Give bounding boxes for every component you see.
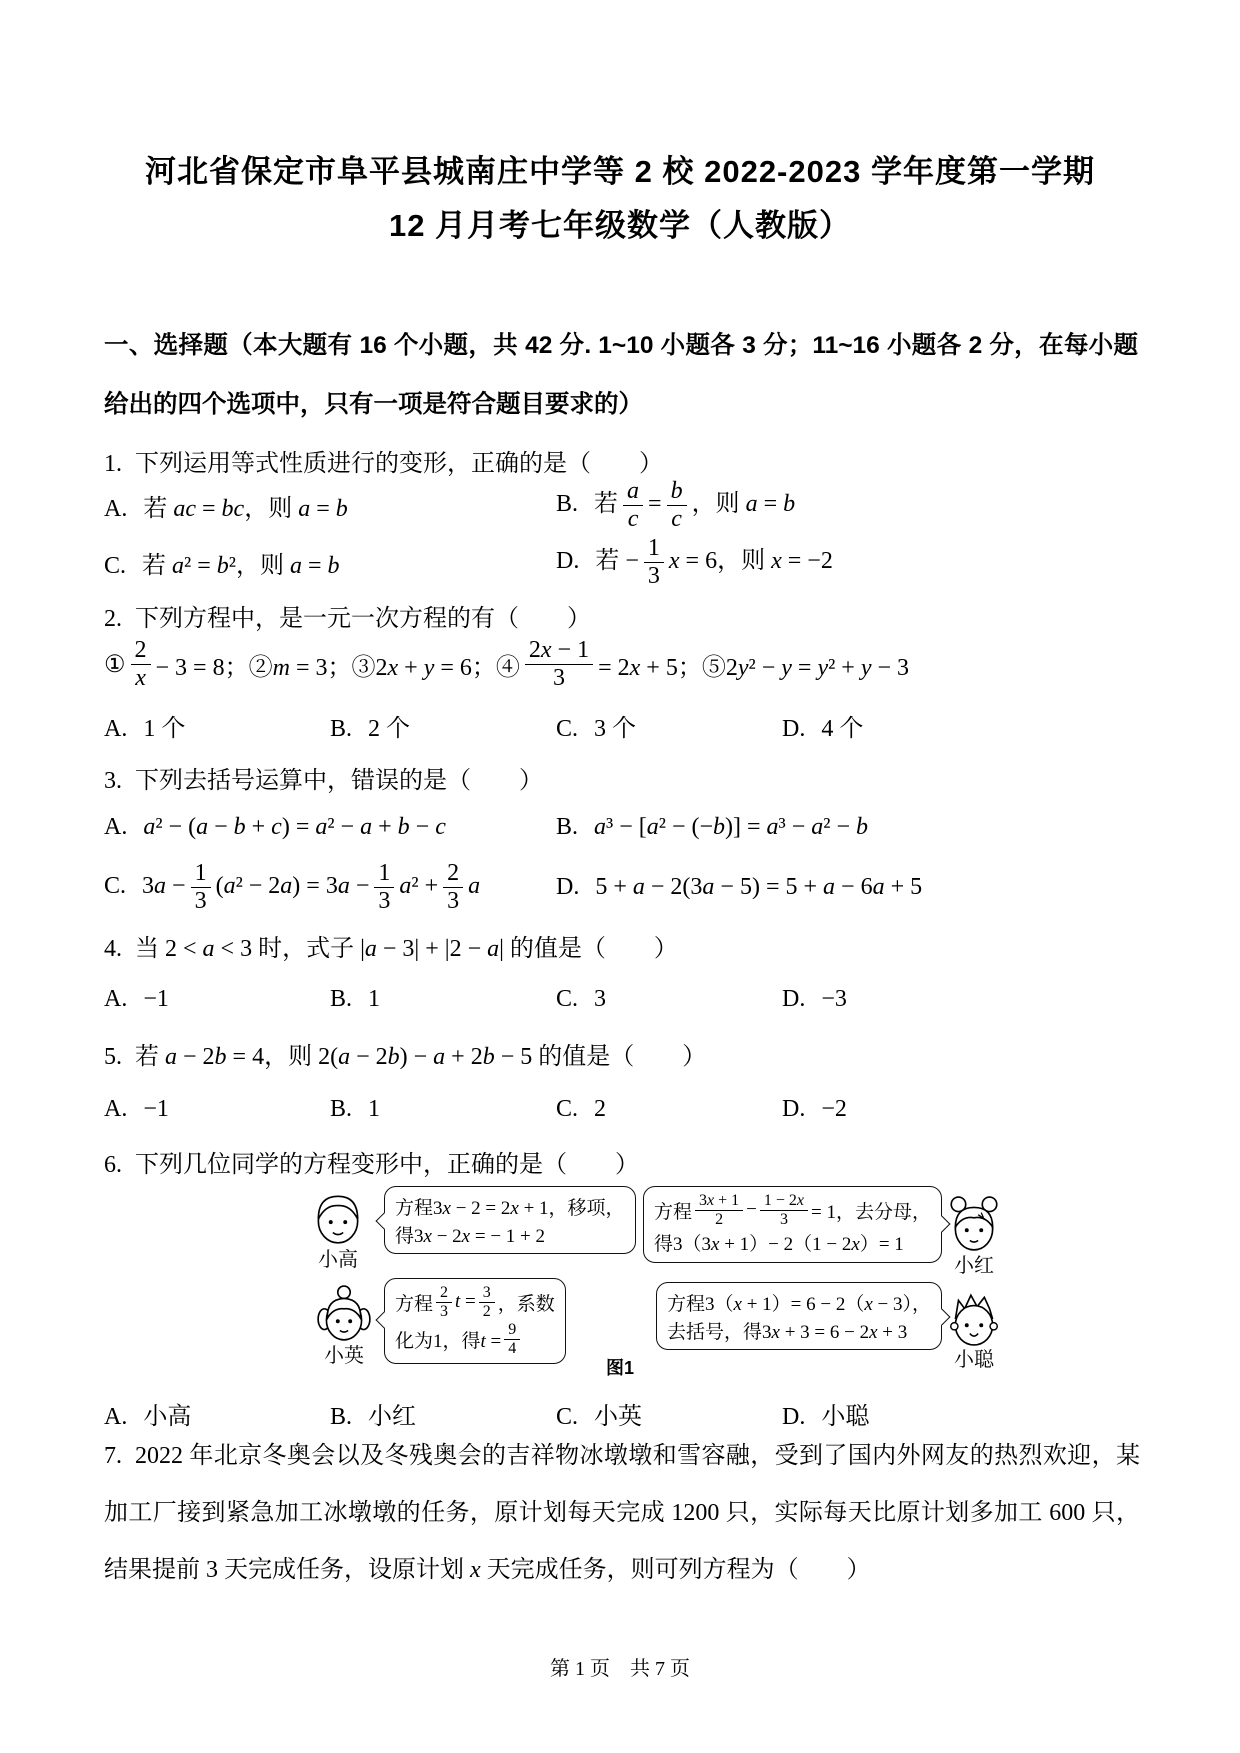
question-7-stem: 7.2022 年北京冬奥会以及冬残奥会的吉祥物冰墩墩和雪容融，受到了国内外网友的…	[104, 1428, 1140, 1599]
option-label: D.	[782, 1404, 805, 1430]
option-text: 若 a² = b²，则 a = b	[142, 553, 339, 579]
option-text: 若 ac = bc，则 a = b	[143, 496, 347, 522]
option-label: C.	[556, 986, 578, 1012]
option-text: 2	[594, 1096, 606, 1122]
option-text: 1	[368, 986, 380, 1012]
option-label: A.	[104, 1096, 127, 1122]
xiaocong-avatar-icon	[945, 1288, 1003, 1348]
bubble-line: 化为1，得t =94	[395, 1321, 555, 1358]
option-label: B.	[556, 491, 578, 517]
bubble-line: 得3x − 2x = − 1 + 2	[395, 1220, 625, 1248]
question-2-option-d: D.4 个	[782, 708, 1138, 743]
xiaoying-speech-bubble: 方程23t =32，系数 化为1，得t =94	[384, 1278, 566, 1364]
option-text: 2 个	[368, 716, 410, 742]
option-text: −3	[821, 986, 847, 1012]
option-label: D.	[556, 874, 579, 900]
option-label: C.	[556, 1096, 578, 1122]
option-text: 小聪	[821, 1404, 869, 1430]
bubble-line: 得3（3x + 1）− 2（1 − 2x）= 1	[654, 1229, 931, 1257]
option-text: −2	[821, 1096, 847, 1122]
character-xiaocong: 小聪	[942, 1288, 1006, 1371]
question-4-option-d: D.−3	[782, 986, 1138, 1013]
option-text: 若ac=bc，则 a = b	[594, 491, 795, 517]
bubble-line: 方程3（x + 1）= 6 − 2（x − 3），	[667, 1288, 931, 1316]
bubble-line: 方程3x + 12−1 − 2x3= 1，去分母，	[654, 1192, 931, 1229]
question-3-option-b: B.a³ − [a² − (−b)] = a³ − a² − b	[556, 814, 1138, 841]
question-5-stem: 5.若 a − 2b = 4，则 2(a − 2b) − a + 2b − 5 …	[104, 1036, 1138, 1071]
question-4-stem: 4.当 2 < a < 3 时，式子 |a − 3| + |2 − a| 的值是…	[104, 928, 1138, 963]
question-3-option-d: D.5 + a − 2(3a − 5) = 5 + a − 6a + 5	[556, 874, 1138, 901]
option-text: 1	[368, 1096, 380, 1122]
bubble-line: 方程3x − 2 = 2x + 1，移项，	[395, 1192, 625, 1220]
option-text: −1	[143, 1096, 169, 1122]
xiaohong-speech-bubble: 方程3x + 12−1 − 2x3= 1，去分母， 得3（3x + 1）− 2（…	[643, 1186, 942, 1263]
option-text: 小红	[368, 1404, 416, 1430]
option-text: 4 个	[821, 716, 863, 742]
character-name: 小高	[318, 1249, 358, 1271]
option-label: D.	[556, 548, 579, 574]
question-5-option-d: D.−2	[782, 1096, 1138, 1123]
question-5-option-b: B.1	[330, 1096, 556, 1123]
question-4-options-row: A.−1 B.1 C.3 D.−3	[104, 978, 1138, 1020]
option-label: A.	[104, 716, 127, 742]
option-text: 5 + a − 2(3a − 5) = 5 + a − 6a + 5	[595, 874, 922, 900]
option-text: a² − (a − b + c) = a² − a + b − c	[143, 814, 446, 840]
character-xiaogao: 小高	[306, 1188, 370, 1271]
option-label: C.	[104, 553, 126, 579]
question-2-equations: ①2x− 3 = 8；②m = 3；③2x + y = 6；④2x − 13= …	[104, 624, 1204, 704]
xiaocong-speech-bubble: 方程3（x + 1）= 6 − 2（x − 3）， 去括号，得3x + 3 = …	[656, 1282, 942, 1350]
option-text: 若 −13x = 6，则 x = −2	[595, 548, 832, 574]
option-text: 3	[594, 986, 606, 1012]
option-label: C.	[104, 873, 126, 899]
bubble-line: 去括号，得3x + 3 = 6 − 2x + 3	[667, 1316, 931, 1344]
section-1-header: 一、选择题（本大题有 16 个小题，共 42 分. 1~10 小题各 3 分；1…	[104, 316, 1138, 434]
question-6-figure: 小高 方程3x − 2 = 2x + 1，移项， 得3x − 2x = − 1 …	[298, 1186, 1008, 1382]
question-3-options-row-1: A.a² − (a − b + c) = a² − a + b − c B.a³…	[104, 804, 1138, 850]
character-xiaohong: 小红	[942, 1194, 1006, 1277]
option-text: 3a −13(a² − 2a) = 3a −13a² +23a	[142, 873, 480, 899]
question-1-option-a: A.若 ac = bc，则 a = b	[104, 488, 556, 523]
option-label: A.	[104, 986, 127, 1012]
option-text: 3 个	[594, 716, 636, 742]
question-3-options-row-2: C.3a −13(a² − 2a) = 3a −13a² +23a D.5 + …	[104, 846, 1138, 928]
option-label: B.	[330, 986, 352, 1012]
question-6-option-a: A.小高	[104, 1396, 330, 1431]
option-text: 小英	[594, 1404, 642, 1430]
question-3-option-c: C.3a −13(a² − 2a) = 3a −13a² +23a	[104, 860, 556, 915]
question-2-option-c: C.3 个	[556, 708, 782, 743]
question-6-stem: 6.下列几位同学的方程变形中，正确的是（ ）	[104, 1144, 1138, 1179]
option-text: 1 个	[143, 716, 185, 742]
option-text: 小高	[143, 1404, 191, 1430]
character-name: 小聪	[954, 1349, 994, 1371]
option-label: D.	[782, 986, 805, 1012]
figure-1-label: 图1	[606, 1354, 634, 1380]
question-3-stem: 3.下列去括号运算中，错误的是（ ）	[104, 760, 1138, 795]
question-3-option-a: A.a² − (a − b + c) = a² − a + b − c	[104, 814, 556, 841]
character-xiaoying: 小英	[312, 1284, 376, 1367]
question-2-option-b: B.2 个	[330, 708, 556, 743]
option-label: C.	[556, 716, 578, 742]
character-name: 小英	[324, 1345, 364, 1367]
question-4-option-a: A.−1	[104, 986, 330, 1013]
option-label: B.	[330, 716, 352, 742]
question-1-options-row-2: C.若 a² = b²，则 a = b D.若 −13x = 6，则 x = −…	[104, 524, 1138, 600]
page-footer: 第 1 页 共 7 页	[0, 1652, 1240, 1681]
option-label: C.	[556, 1404, 578, 1430]
option-label: A.	[104, 814, 127, 840]
question-5-options-row: A.−1 B.1 C.2 D.−2	[104, 1088, 1138, 1130]
xiaogao-speech-bubble: 方程3x − 2 = 2x + 1，移项， 得3x − 2x = − 1 + 2	[384, 1186, 636, 1254]
question-6-option-d: D.小聪	[782, 1396, 1138, 1431]
exam-page: 河北省保定市阜平县城南庄中学等 2 校 2022-2023 学年度第一学期 12…	[0, 0, 1240, 1753]
option-text: a³ − [a² − (−b)] = a³ − a² − b	[594, 814, 868, 840]
question-1-option-c: C.若 a² = b²，则 a = b	[104, 545, 556, 580]
xiaogao-avatar-icon	[309, 1188, 367, 1248]
question-2-options-row: A.1 个 B.2 个 C.3 个 D.4 个	[104, 704, 1138, 746]
option-text: −1	[143, 986, 169, 1012]
option-label: B.	[330, 1096, 352, 1122]
exam-title-line2: 12 月月考七年级数学（人教版）	[0, 200, 1240, 245]
option-label: A.	[104, 496, 127, 522]
xiaoying-avatar-icon	[315, 1284, 373, 1344]
question-5-option-c: C.2	[556, 1096, 782, 1123]
option-label: B.	[330, 1404, 352, 1430]
option-label: D.	[782, 1096, 805, 1122]
question-5-option-a: A.−1	[104, 1096, 330, 1123]
question-1-option-d: D.若 −13x = 6，则 x = −2	[556, 535, 1138, 590]
character-name: 小红	[954, 1255, 994, 1277]
question-6-option-c: C.小英	[556, 1396, 782, 1431]
option-label: D.	[782, 716, 805, 742]
question-4-option-b: B.1	[330, 986, 556, 1013]
question-4-option-c: C.3	[556, 986, 782, 1013]
question-6-option-b: B.小红	[330, 1396, 556, 1431]
xiaohong-avatar-icon	[945, 1194, 1003, 1254]
bubble-line: 方程23t =32，系数	[395, 1284, 555, 1321]
option-label: A.	[104, 1404, 127, 1430]
option-label: B.	[556, 814, 578, 840]
question-2-option-a: A.1 个	[104, 708, 330, 743]
exam-title-line1: 河北省保定市阜平县城南庄中学等 2 校 2022-2023 学年度第一学期	[0, 146, 1240, 191]
